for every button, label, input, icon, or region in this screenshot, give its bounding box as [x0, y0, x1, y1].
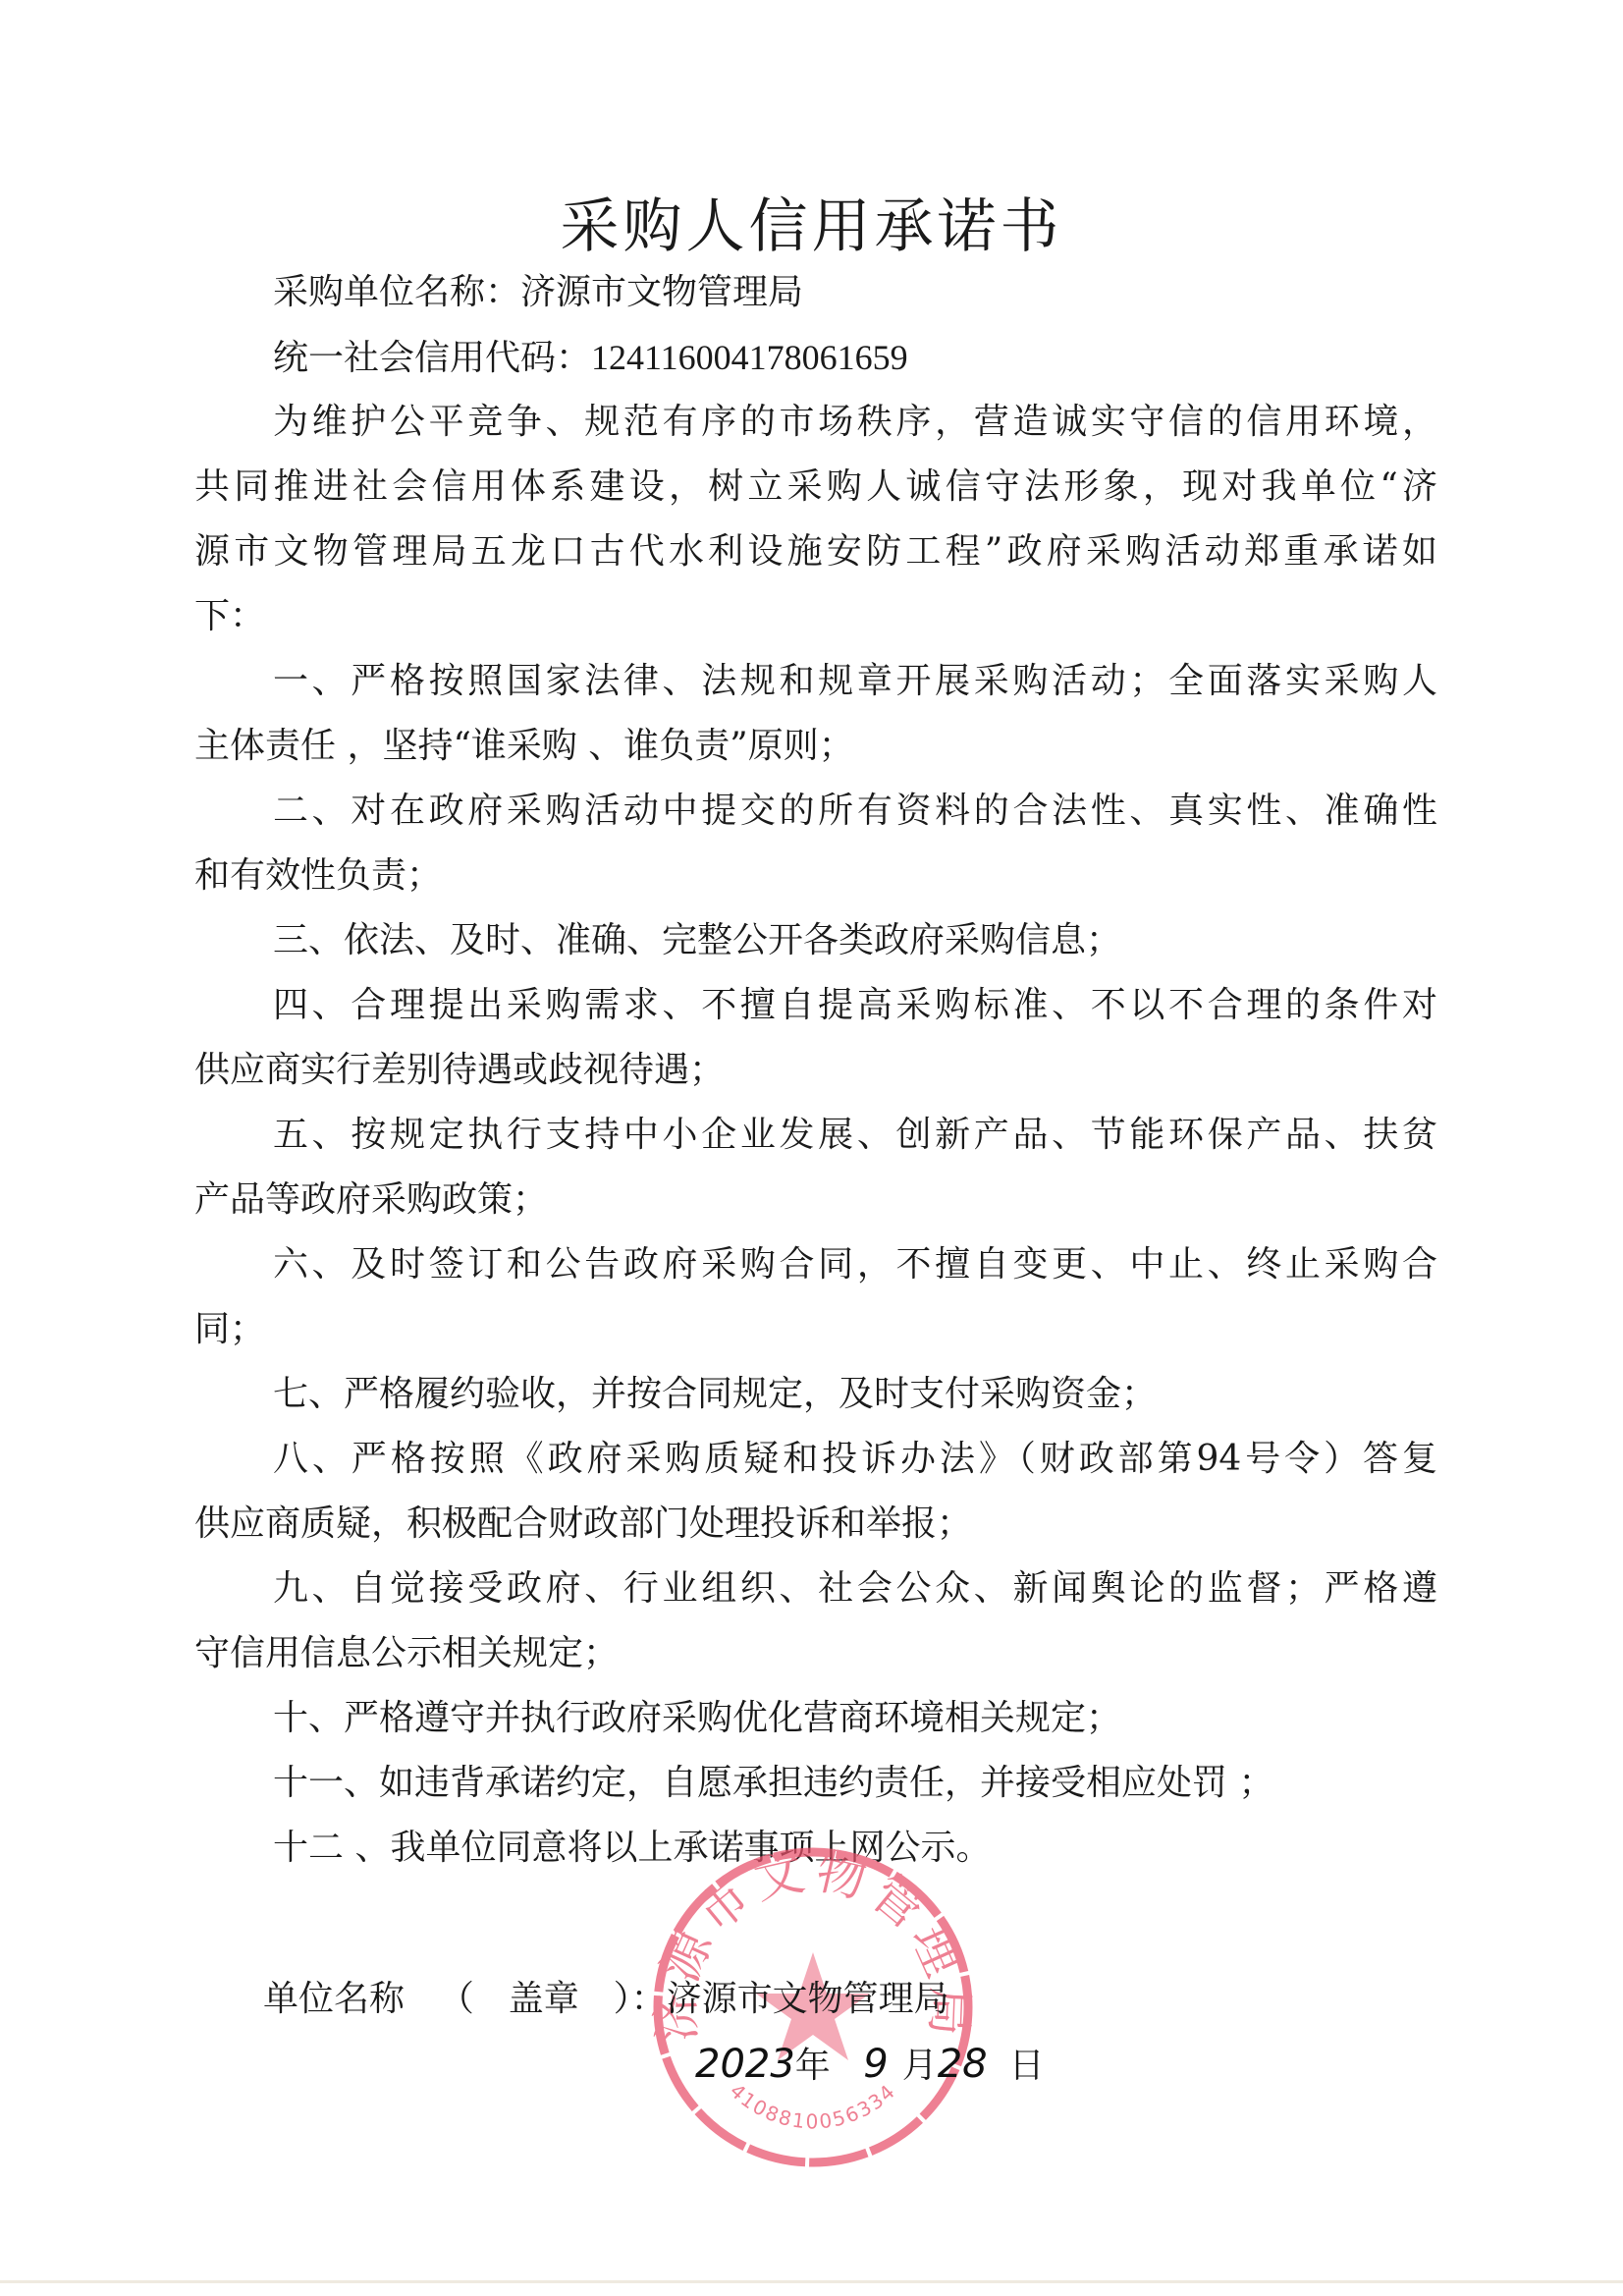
commitment-1-line-2: 主体责任 ，坚持“谁采购 、谁负责”原则；: [194, 725, 854, 768]
commitment-8-line-1: 八、严格按照《政府采购质疑和投诉办法》（财政部第94号令）答复: [273, 1438, 1437, 1481]
commitment-1-line-1: 一、严格按照国家法律、法规和规章开展采购活动；全面落实采购人: [273, 660, 1437, 703]
credit-code-value: 124116004178061659: [591, 338, 908, 377]
commitment-6-line-1: 六、及时签订和公告政府采购合同，不擅自变更、中止、终止采购合: [273, 1243, 1437, 1286]
commitment-9-line-2: 守信用信息公示相关规定；: [194, 1632, 619, 1675]
commitment-2-line-2: 和有效性负责；: [194, 854, 442, 898]
commitment-4-line-1: 四、合理提出采购需求、不擅自提高采购标准、不以不合理的条件对: [273, 984, 1437, 1027]
commitment-6-line-2: 同；: [194, 1308, 265, 1351]
purchaser-unit-value: 济源市文物管理局: [520, 272, 803, 312]
commitment-11-line-1: 十一、如违背承诺约定，自愿承担违约责任，并接受相应处罚 ；: [273, 1762, 1273, 1805]
purchaser-unit-line: 采购单位名称：济源市文物管理局: [273, 271, 803, 314]
commitment-5-line-1: 五、按规定执行支持中小企业发展、创新产品、节能环保产品、扶贫: [273, 1114, 1437, 1157]
intro-line-3: 源市文物管理局五龙口古代水利设施安防工程”政府采购活动郑重承诺如: [194, 530, 1437, 574]
signature-line: 单位名称 （ 盖章 ）：济源市文物管理局: [263, 1978, 949, 2021]
commitment-12-line-1: 十二 、我单位同意将以上承诺事项上网公示。: [273, 1827, 991, 1870]
date-day-handwritten: 28: [938, 2042, 988, 2087]
date-day-suffix: 日: [1009, 2046, 1045, 2086]
commitment-9-line-1: 九、自觉接受政府、行业组织、社会公众、新闻舆论的监督；严格遵: [273, 1567, 1437, 1611]
signature-label: 单位名称 （ 盖章 ）：: [263, 1979, 667, 2019]
signature-date: 2023年 9月28日: [695, 2043, 1045, 2088]
purchaser-unit-label: 采购单位名称：: [273, 272, 520, 312]
commitment-8-line-2: 供应商质疑，积极配合财政部门处理投诉和举报；: [194, 1503, 972, 1546]
commitment-7-line-1: 七、严格履约验收，并按合同规定，及时支付采购资金；: [273, 1373, 1157, 1416]
date-year-handwritten: 2023: [695, 2042, 795, 2087]
credit-code-line: 统一社会信用代码：124116004178061659: [273, 336, 908, 380]
date-month-handwritten: 9: [863, 2042, 888, 2087]
commitment-2-line-1: 二、对在政府采购活动中提交的所有资料的合法性、真实性、准确性: [273, 790, 1437, 833]
signature-unit-value: 济源市文物管理局: [667, 1979, 949, 2019]
date-month-suffix: 月: [902, 2046, 938, 2086]
commitment-5-line-2: 产品等政府采购政策；: [194, 1178, 548, 1222]
intro-line-1: 为维护公平竞争、规范有序的市场秩序，营造诚实守信的信用环境，: [273, 401, 1437, 444]
date-year-suffix: 年: [795, 2046, 831, 2086]
commitment-4-line-2: 供应商实行差别待遇或歧视待遇；: [194, 1049, 725, 1092]
document-title: 采购人信用承诺书: [0, 192, 1623, 261]
intro-line-4: 下：: [194, 595, 265, 638]
commitment-10-line-1: 十、严格遵守并执行政府采购优化营商环境相关规定；: [273, 1697, 1121, 1740]
credit-code-label: 统一社会信用代码：: [273, 338, 591, 378]
document-page: 采购人信用承诺书 采购单位名称：济源市文物管理局 统一社会信用代码：124116…: [0, 0, 1623, 2296]
commitment-3-line-1: 三、依法、及时、准确、完整公开各类政府采购信息；: [273, 919, 1121, 962]
intro-line-2: 共同推进社会信用体系建设，树立采购人诚信守法形象，现对我单位“济: [194, 465, 1437, 509]
scan-edge-divider: [0, 2280, 1623, 2283]
